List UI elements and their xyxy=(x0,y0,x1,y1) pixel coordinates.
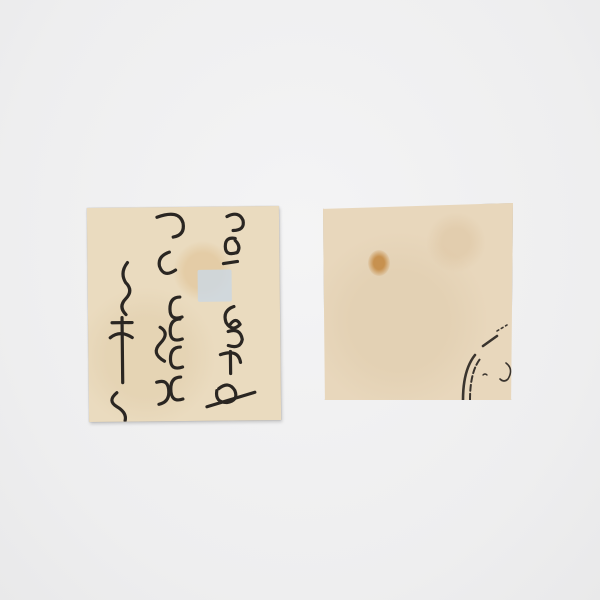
paper-fragment-right xyxy=(323,203,513,400)
postmark-ink xyxy=(323,203,513,400)
handwriting-ink xyxy=(87,206,281,422)
paper-fragment-left xyxy=(87,206,281,422)
